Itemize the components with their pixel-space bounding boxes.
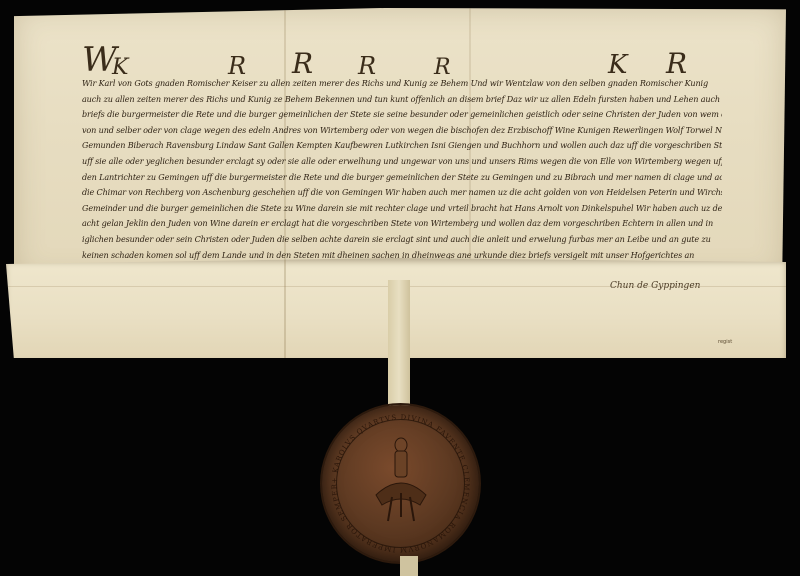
text-line: Gemeinder und die burger gemeinlichen di… [82, 201, 722, 217]
text-line: Gemunden Biberach Ravensburg Lindaw Sant… [82, 138, 722, 154]
initial-letter: R [666, 47, 687, 80]
text-line: briefs die burgermeister die Rete und di… [82, 107, 722, 123]
plica-fold [284, 258, 286, 358]
wax-seal: + KAROLVS QVARTVS DIVINA FAVENTE CLEMENC… [322, 405, 479, 562]
initial-letter: R [434, 55, 451, 80]
initial-letter: K [608, 50, 627, 80]
initial-letter: R [292, 47, 313, 80]
text-line: den Lantrichter zu Gemingen uff die burg… [82, 170, 722, 186]
text-line: von und selber oder von clage wegen des … [82, 123, 722, 139]
text-line: uff sie alle oder yeglichen besunder erc… [82, 154, 722, 170]
enthroned-figure-eagle-icon [374, 435, 428, 525]
registry-mark: regist [718, 339, 732, 345]
seal-strap-end [400, 556, 418, 576]
text-line: iglichen besunder oder sein Christen ode… [82, 232, 722, 248]
text-line: acht gelan Jeklin den Juden von Wine dar… [82, 216, 722, 232]
text-line: auch zu allen zeiten merer des Richs und… [82, 92, 722, 108]
chancery-signature: Chun de Gyppingen [610, 281, 700, 291]
initial-letter: R [228, 52, 246, 80]
initial-letter: K [112, 55, 128, 80]
text-line: die Chimar von Rechberg von Aschenburg g… [82, 185, 722, 201]
decorated-initials: W K R R R R K R [82, 44, 722, 80]
seal-parchment-strap [388, 280, 410, 420]
initial-letter: R [358, 52, 376, 80]
